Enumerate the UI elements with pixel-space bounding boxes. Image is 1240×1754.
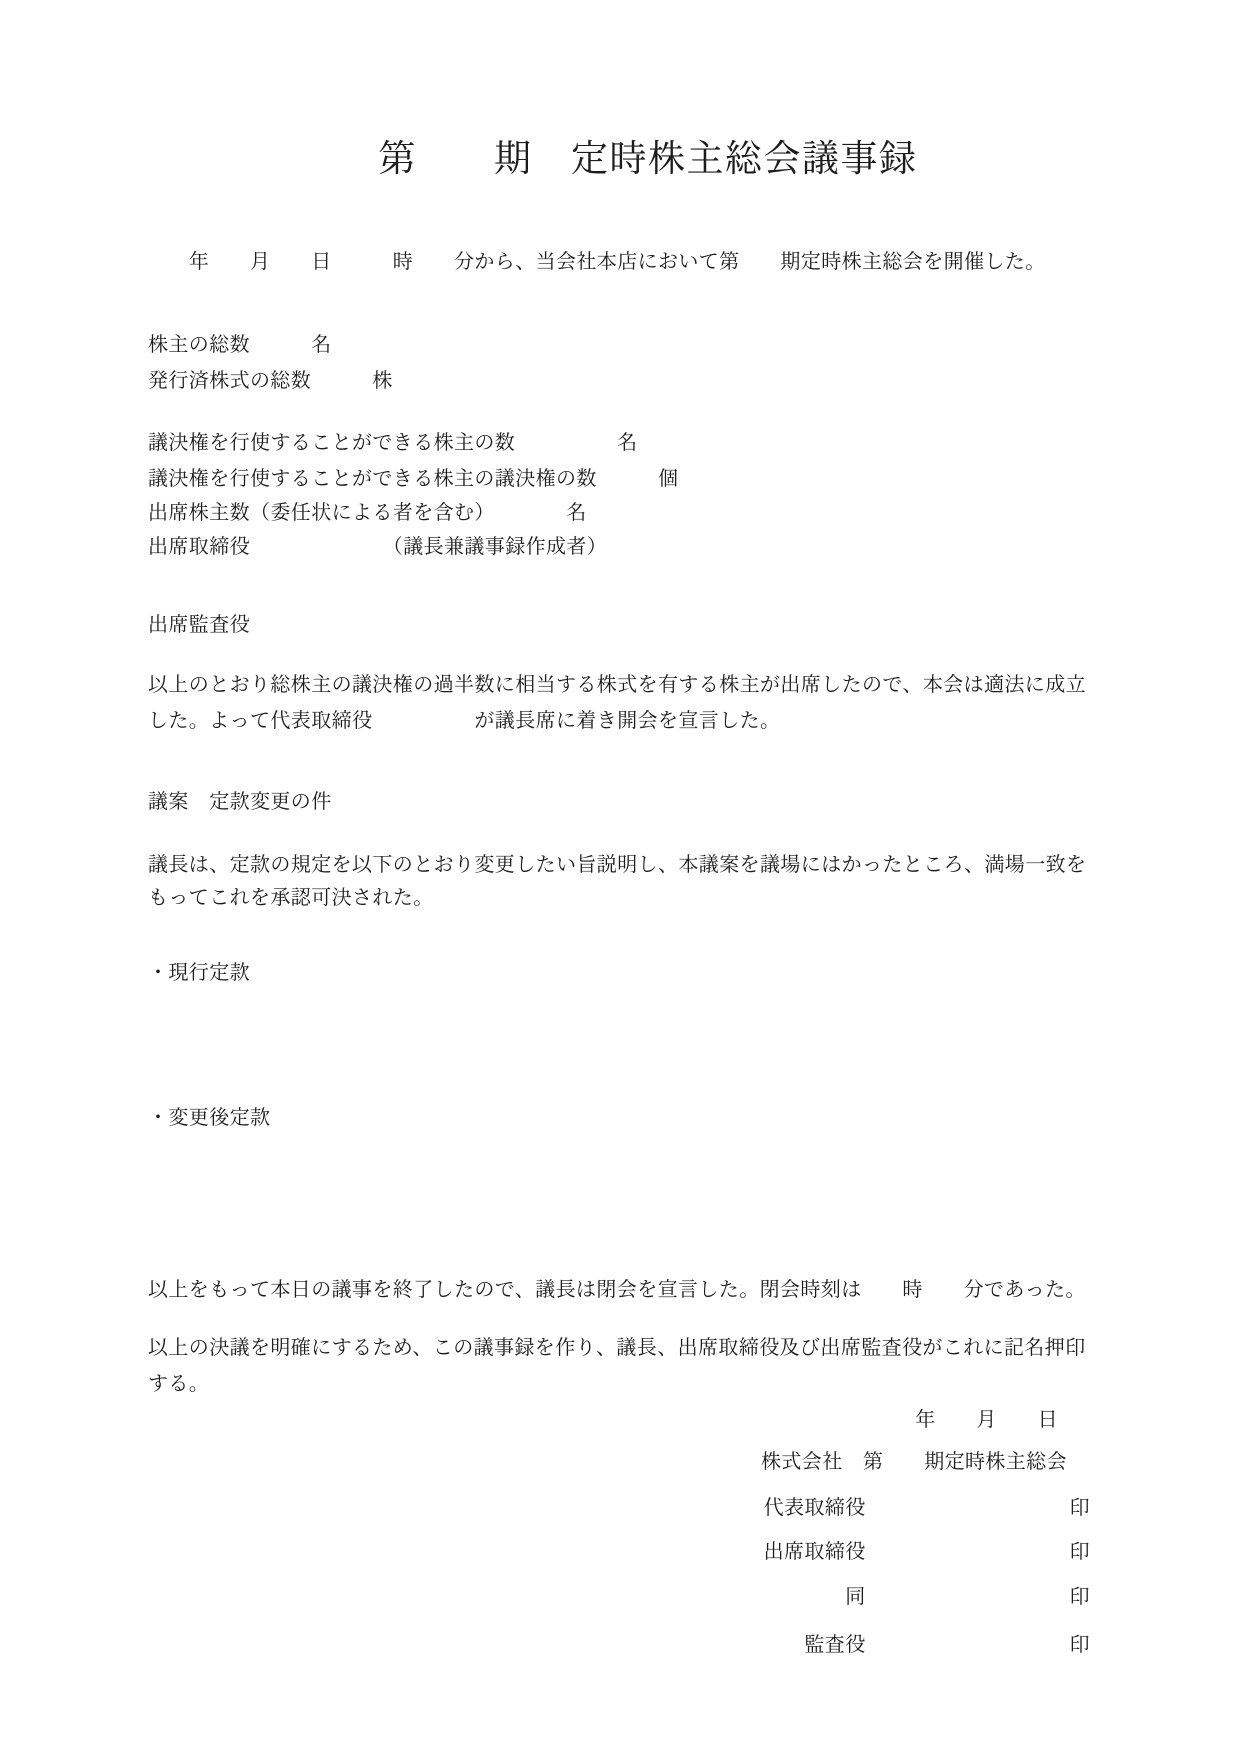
signature-date-line: 年 月 日 bbox=[915, 1406, 1058, 1434]
amended-articles-label: ・変更後定款 bbox=[148, 1104, 270, 1132]
seal-placeholder: 印 bbox=[1070, 1631, 1090, 1659]
shareholders-total-line: 株主の総数 名 bbox=[148, 331, 332, 359]
opening-line: 年 月 日 時 分から、当会社本店において第 期定時株主総会を開催した。 bbox=[148, 248, 1046, 276]
document-title: 第 期 定時株主総会議事録 bbox=[56, 128, 1240, 182]
attending-directors-line: 出席取締役 （議長兼議事録作成者） bbox=[148, 533, 607, 561]
seal-placeholder: 印 bbox=[1070, 1538, 1090, 1566]
seal-placeholder: 印 bbox=[1070, 1583, 1090, 1611]
quorum-statement-line-2: した。よって代表取締役 が議長席に着き開会を宣言した。 bbox=[148, 707, 780, 735]
voting-shareholders-line: 議決権を行使することができる株主の数 名 bbox=[148, 429, 638, 457]
attestation-line-1: 以上の決議を明確にするため、この議事録を作り、議長、出席取締役及び出席監査役がこ… bbox=[148, 1334, 1086, 1362]
issued-shares-total-line: 発行済株式の総数 株 bbox=[148, 367, 393, 395]
signature-row-representative-director: 代表取締役 印 bbox=[764, 1494, 1090, 1522]
signature-row-auditor: 監査役 印 bbox=[804, 1631, 1090, 1659]
minutes-document-page: 第 期 定時株主総会議事録 年 月 日 時 分から、当会社本店において第 期定時… bbox=[0, 0, 1240, 1754]
attestation-line-2: する。 bbox=[148, 1370, 209, 1398]
seal-placeholder: 印 bbox=[1070, 1494, 1090, 1522]
signature-role-label: 代表取締役 bbox=[764, 1494, 866, 1522]
quorum-statement-line-1: 以上のとおり総株主の議決権の過半数に相当する株式を有する株主が出席したので、本会… bbox=[148, 671, 1086, 699]
agenda-line: 議案 定款変更の件 bbox=[148, 788, 332, 816]
signature-role-label: 監査役 bbox=[804, 1631, 865, 1659]
signature-row-attending-director: 出席取締役 印 bbox=[764, 1538, 1090, 1566]
signature-company-line: 株式会社 第 期定時株主総会 bbox=[761, 1448, 1067, 1476]
signature-row-ditto: 同 印 bbox=[845, 1583, 1090, 1611]
current-articles-label: ・現行定款 bbox=[148, 959, 250, 987]
closing-line: 以上をもって本日の議事を終了したので、議長は閉会を宣言した。閉会時刻は 時 分で… bbox=[148, 1276, 1086, 1304]
resolution-line-1: 議長は、定款の規定を以下のとおり変更したい旨説明し、本議案を議場にはかったところ… bbox=[148, 851, 1086, 879]
resolution-line-2: もってこれを承認可決された。 bbox=[148, 884, 434, 912]
attending-auditors-line: 出席監査役 bbox=[148, 611, 250, 639]
signature-role-label: 出席取締役 bbox=[764, 1538, 866, 1566]
attending-shareholders-line: 出席株主数（委任状による者を含む） 名 bbox=[148, 499, 587, 527]
voting-rights-line: 議決権を行使することができる株主の議決権の数 個 bbox=[148, 465, 678, 493]
signature-role-label: 同 bbox=[845, 1583, 865, 1611]
